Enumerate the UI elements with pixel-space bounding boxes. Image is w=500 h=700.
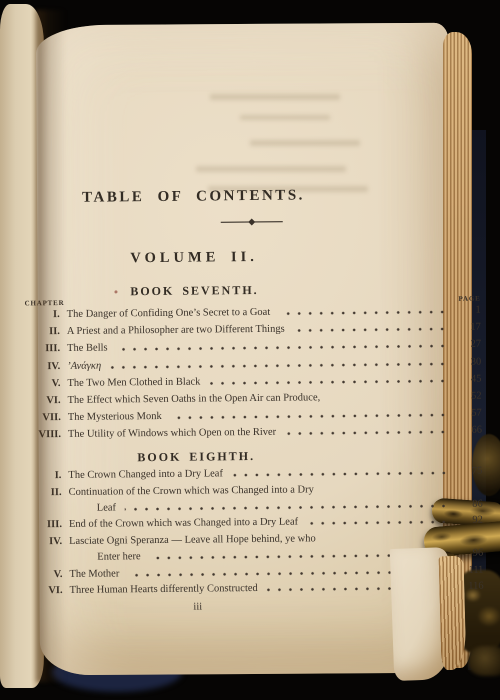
chapter-title: Leaf [69,503,116,514]
chapter-title: The Danger of Confiding One’s Secret to … [67,307,271,320]
page-number: 27 [457,339,481,350]
page-number: 30 [457,356,481,367]
chapter-title: Lasciate Ogni Speranza — Leave all Hope … [69,533,316,547]
book-photo-scene: TABLE OF CONTENTS. VOLUME II. BOOK SEVEN… [0,0,500,700]
dot-leader [110,361,451,369]
toc-row-continuation: Leaf 86 [27,499,483,515]
chapter-title: Three Human Hearts differently Construct… [70,583,258,596]
toc-row: I. The Danger of Confiding One’s Secret … [25,305,481,321]
page-column-label: PAGE [458,295,480,303]
dot-leader [209,379,451,386]
toc-row: II. A Priest and a Philosopher are two D… [25,322,481,338]
chapter-title: The Bells [67,343,108,354]
page-number: 45 [457,373,481,384]
page-number: 17 [457,322,481,333]
chapter-title: The Crown Changed into a Dry Leaf [68,469,223,482]
paper-speck [114,290,117,293]
chapter-title: The Mother [69,568,119,580]
toc-row: VII. The Mysterious Monk 57 [26,408,482,424]
volume-heading: VOLUME II. [24,249,364,268]
chapter-title: Continuation of the Crown which was Chan… [69,484,314,498]
page-number: 92 [459,515,483,526]
dot-leader [329,396,451,401]
chapter-title: A Priest and a Philosopher are two Diffe… [67,324,285,337]
fore-edge-pages-bottom [439,556,467,671]
page-number: 66 [458,425,482,436]
dot-leader [323,488,453,493]
book-seventh-toc: I. The Danger of Confiding One’s Secret … [25,305,482,441]
page-number: 57 [458,408,482,419]
chapter-title: The Mysterious Monk [68,411,162,423]
chapter-title: Enter here [69,551,141,563]
dot-leader [279,310,451,316]
toc-row: III. The Bells 27 [25,339,481,355]
dot-leader [125,504,453,511]
chapter-title: End of the Crown which was Changed into … [69,517,298,530]
chapter-title: The Two Men Clothed in Black [67,376,200,388]
chapter-title: ’Ανάγκη [67,360,101,371]
toc-row: V. The Two Men Clothed in Black 45 [25,373,481,389]
dot-leader [117,344,451,352]
toc-row: I. The Crown Changed into a Dry Leaf 75 [26,466,482,482]
dot-leader [325,537,453,542]
toc-row: VI. The Effect which Seven Oaths in the … [26,391,482,407]
page-number: 52 [458,391,482,402]
dot-leader [232,471,452,477]
brass-foot [468,646,500,676]
dot-leader [171,413,452,420]
page-number: 1 [457,305,481,316]
toc-row: III. End of the Crown which was Changed … [27,515,483,531]
chapter-title: The Utility of Windows which Open on the… [68,427,276,440]
page-number: 86 [459,499,483,510]
toc-row: IV. ’Ανάγκη 30 [25,356,481,372]
dot-leader [307,520,453,526]
page-content: TABLE OF CONTENTS. VOLUME II. BOOK SEVEN… [21,0,483,614]
toc-row: IV. Lasciate Ogni Speranza — Leave all H… [27,531,483,547]
dot-leader [285,430,452,436]
page-number: 96 [459,548,483,559]
toc-row: VIII. The Utility of Windows which Open … [26,425,482,441]
diamond-rule-divider-icon [220,218,284,227]
gutter-shadow [36,10,66,682]
page-title: TABLE OF CONTENTS. [23,187,363,207]
book-eighth-heading: BOOK EIGHTH. [26,449,366,466]
dot-leader [294,327,451,333]
chapter-title: The Effect which Seven Oaths in the Open… [68,392,321,406]
toc-row: II. Continuation of the Crown which was … [27,482,483,498]
page-number: 75 [458,466,482,477]
